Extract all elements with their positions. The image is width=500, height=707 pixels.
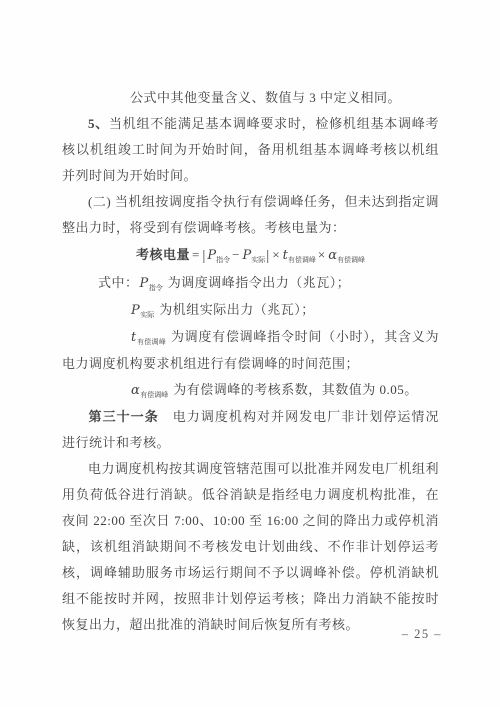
paragraph-clause2: (二) 当机组按调度指令执行有偿调峰任务，但未达到指定调整出力时，将受到有偿调峰… — [62, 189, 439, 241]
article-31-number: 第三十一条 — [88, 409, 173, 424]
item5-number: 5、 — [88, 116, 109, 131]
paragraph-article-31: 第三十一条电力调度机构对并网发电厂非计划停运情况进行统计和考核。 — [62, 404, 439, 456]
term-definition: 为机组实际出力（兆瓦）； — [159, 302, 315, 317]
paragraph-item5: 5、当机组不能满足基本调峰要求时，检修机组基本调峰考核以机组竣工时间为开始时间，… — [62, 111, 439, 189]
term-prefix: 式中： — [98, 275, 139, 290]
term-var-p-command: P — [139, 276, 149, 291]
formula-note-text: 公式中其他变量含义、数值与 3 中定义相同。 — [130, 90, 401, 105]
item5-text: 当机组不能满足基本调峰要求时，检修机组基本调峰考核以机组竣工时间为开始时间，备用… — [62, 116, 439, 183]
paragraph-low-valley: 电力调度机构按其调度管辖范围可以批准并网发电厂机组利用负荷低谷进行消缺。低谷消缺… — [62, 456, 439, 638]
document-text-block: 公式中其他变量含义、数值与 3 中定义相同。 5、当机组不能满足基本调峰要求时，… — [62, 85, 439, 638]
document-page: 公式中其他变量含义、数值与 3 中定义相同。 5、当机组不能满足基本调峰要求时，… — [0, 0, 500, 707]
term-var-t: t — [130, 330, 137, 345]
var-p-command: P — [206, 248, 216, 263]
var-t-paid-peak-subscript: 有偿调峰 — [288, 256, 316, 264]
paragraph-formula-note: 公式中其他变量含义、数值与 3 中定义相同。 — [62, 85, 439, 111]
formula-term-p-command: 式中：P指令为调度调峰指令出力（兆瓦）； — [62, 270, 439, 297]
formula-assessment-energy: 考核电量=|P指令−P实际|×t有偿调峰×α有偿调峰 — [62, 241, 439, 270]
term-var-t-subscript: 有偿调峰 — [137, 338, 166, 346]
formula-term-p-actual: P实际为机组实际出力（兆瓦）； — [62, 297, 439, 324]
formula-lhs: 考核电量 — [136, 247, 190, 262]
term-definition: 为有偿调峰的考核系数，其数值为 0.05。 — [173, 382, 418, 397]
formula-term-alpha: α有偿调峰为有偿调峰的考核系数，其数值为 0.05。 — [62, 377, 439, 404]
times-sign-1: × — [270, 247, 281, 262]
term-var-alpha-subscript: 有偿调峰 — [140, 391, 168, 399]
var-p-actual-subscript: 实际 — [251, 256, 265, 264]
times-sign-2: × — [316, 247, 327, 262]
minus-sign: − — [230, 247, 241, 262]
var-alpha-paid-peak: α — [327, 248, 337, 263]
term-definition: 为调度有偿调峰指令时间（小时），其含义为电力调度机构要求机组进行有偿调峰的时间范… — [62, 329, 439, 371]
term-var-p-actual-subscript: 实际 — [140, 311, 154, 319]
clause2-text: (二) 当机组按调度指令执行有偿调峰任务，但未达到指定调整出力时，将受到有偿调峰… — [62, 194, 439, 235]
var-alpha-paid-peak-subscript: 有偿调峰 — [337, 256, 365, 264]
page-number: – 25 – — [402, 627, 442, 642]
term-var-p-command-subscript: 指令 — [149, 284, 163, 292]
formula-term-t: t有偿调峰为调度有偿调峰指令时间（小时），其含义为电力调度机构要求机组进行有偿调… — [62, 324, 439, 377]
equals-sign: = — [190, 247, 201, 262]
var-p-actual: P — [242, 248, 252, 263]
var-p-command-subscript: 指令 — [216, 256, 230, 264]
low-valley-text: 电力调度机构按其调度管辖范围可以批准并网发电厂机组利用负荷低谷进行消缺。低谷消缺… — [62, 461, 439, 632]
term-var-p-actual: P — [130, 303, 140, 318]
term-definition: 为调度调峰指令出力（兆瓦）； — [168, 275, 351, 290]
term-var-alpha: α — [130, 383, 140, 398]
